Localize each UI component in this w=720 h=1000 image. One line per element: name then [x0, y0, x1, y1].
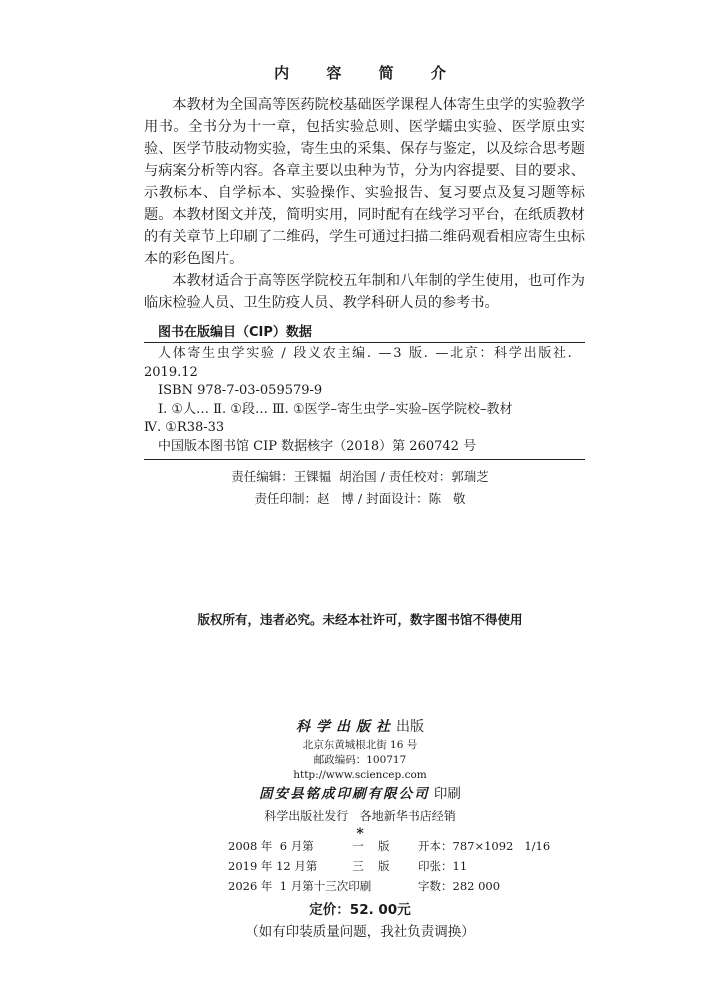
printer-suffix: 印刷	[434, 786, 461, 802]
cip-block: 人体寄生虫学实验 / 段义农主编. —3 版. —北京：科学出版社. 2019.…	[144, 345, 585, 456]
publisher-address: 北京东黄城根北街 16 号	[0, 738, 720, 753]
publisher-line: 科学出版社出版	[0, 716, 720, 738]
edition-spec: 印张：11	[418, 856, 618, 876]
edition-spec: 开本：787×1092 1/16	[418, 836, 618, 856]
copyright-notice: 版权所有，违者必究。未经本社许可，数字图书馆不得使用	[0, 610, 720, 628]
publisher-suffix: 出版	[396, 719, 424, 735]
edition-ordinal: 三	[338, 856, 378, 876]
cip-record-number-line: 中国版本图书馆 CIP 数据核字（2018）第 260742 号	[144, 438, 585, 457]
edition-row: 2008 年 6 月第 一 版 开本：787×1092 1/16	[228, 836, 618, 856]
editor-credits: 责任编辑：王锞韫 胡治国 / 责任校对：郭瑞芝	[0, 466, 720, 488]
distribution-line: 科学出版社发行 各地新华书店经销	[0, 805, 720, 827]
cip-top-rule	[144, 342, 585, 343]
edition-spec: 字数：282 000	[418, 876, 618, 896]
price: 定价：52. 00元	[0, 898, 720, 918]
cip-date-line: 2019.12	[144, 364, 585, 383]
edition-row: 2026 年 1 月第十三次印刷 字数：282 000	[228, 876, 618, 896]
cip-isbn-line: ISBN 978-7-03-059579-9	[144, 382, 585, 401]
cip-classification-code-line: Ⅳ. ①R38-33	[144, 419, 585, 438]
quality-note: （如有印装质量问题，我社负责调换）	[0, 920, 720, 940]
edition-table: 2008 年 6 月第 一 版 开本：787×1092 1/16 2019 年 …	[228, 836, 618, 896]
printer-name: 固安县铭成印刷有限公司	[259, 786, 430, 802]
edition-date: 2026 年 1 月第十三次印刷	[228, 876, 418, 896]
cip-classification-line: Ⅰ. ①人… Ⅱ. ①段… Ⅲ. ①医学–寄生虫学–实验–医学院校–教材	[144, 401, 585, 420]
abstract-paragraph: 本教材适合于高等医学院校五年制和八年制的学生使用，也可作为临床检验人员、卫生防疫…	[144, 270, 585, 314]
abstract-paragraph: 本教材为全国高等医药院校基础医学课程人体寄生虫学的实验教学用书。全书分为十一章，…	[144, 94, 585, 270]
printer-line: 固安县铭成印刷有限公司 印刷	[0, 783, 720, 805]
edition-kind: 版	[378, 836, 418, 856]
imprint: 科学出版社出版 北京东黄城根北街 16 号 邮政编码：100717 http:/…	[0, 716, 720, 841]
cip-bottom-rule	[144, 459, 585, 460]
credits: 责任编辑：王锞韫 胡治国 / 责任校对：郭瑞芝 责任印制：赵 博 / 封面设计：…	[0, 466, 720, 510]
abstract: 本教材为全国高等医药院校基础医学课程人体寄生虫学的实验教学用书。全书分为十一章，…	[144, 94, 585, 314]
cip-title-line: 人体寄生虫学实验 / 段义农主编. —3 版. —北京：科学出版社.	[144, 345, 585, 364]
publisher-website: http://www.sciencep.com	[0, 768, 720, 783]
publisher-postcode: 邮政编码：100717	[0, 753, 720, 768]
edition-row: 2019 年 12 月第 三 版 印张：11	[228, 856, 618, 876]
publisher-name: 科学出版社	[296, 719, 396, 735]
edition-date: 2019 年 12 月第	[228, 856, 338, 876]
page-title: 内 容 简 介	[0, 62, 720, 83]
cip-heading: 图书在版编目（CIP）数据	[158, 321, 312, 340]
edition-ordinal: 一	[338, 836, 378, 856]
edition-kind: 版	[378, 856, 418, 876]
edition-date: 2008 年 6 月第	[228, 836, 338, 856]
production-credits: 责任印制：赵 博 / 封面设计：陈 敬	[0, 488, 720, 510]
